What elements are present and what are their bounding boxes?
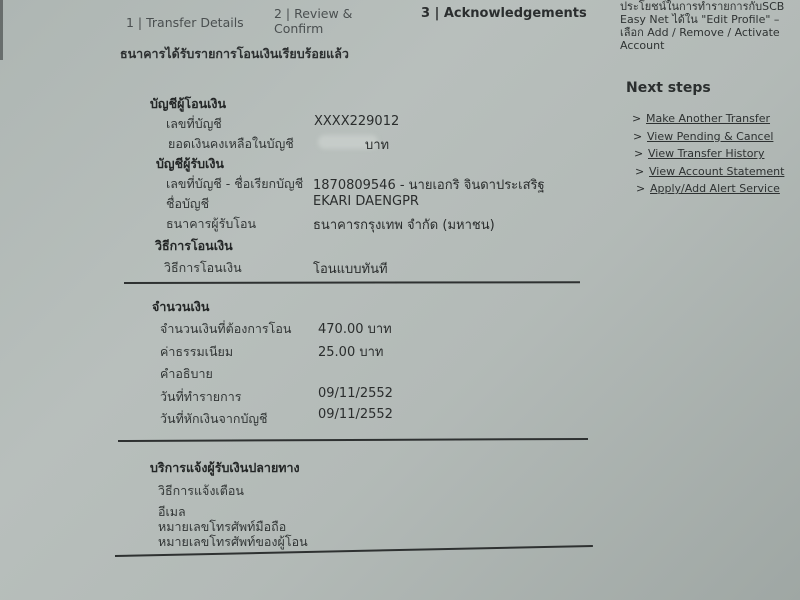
next-step-item: >View Pending & Cancel	[633, 130, 784, 148]
profile-note: ประโยชน์ในการทำรายการกับSCB Easy Net ได้…	[620, 0, 795, 52]
to-account-heading: บัญชีผู้รับเงิน	[156, 154, 224, 174]
divider	[118, 438, 588, 442]
chevron-right-icon: >	[635, 165, 649, 178]
to-account-value: 1870809546 - นายเอกริ จินดาประเสริฐ	[313, 174, 545, 195]
chevron-right-icon: >	[634, 147, 648, 160]
from-account-heading: บัญชีผู้โอนเงิน	[150, 94, 226, 114]
make-another-transfer-link[interactable]: Make Another Transfer	[646, 112, 770, 125]
fee-value: 25.00 บาท	[318, 341, 383, 362]
divider	[124, 281, 580, 284]
method-label: วิธีการโอนเงิน	[164, 258, 242, 278]
amount-heading: จำนวนเงิน	[152, 297, 209, 317]
notify-method-label: วิธีการแจ้งเตือน	[158, 481, 244, 501]
view-pending-cancel-link[interactable]: View Pending & Cancel	[647, 130, 773, 143]
method-value: โอนแบบทันที	[313, 258, 388, 279]
txn-date-value: 09/11/2552	[318, 386, 393, 401]
account-name-value: EKARI DAENGPR	[313, 194, 419, 209]
next-step-item: >Make Another Transfer	[632, 112, 784, 130]
balance-unit: บาท	[365, 134, 389, 155]
fee-label: ค่าธรรมเนียม	[160, 342, 233, 362]
next-step-item: >View Transfer History	[634, 147, 784, 165]
apply-alert-service-link[interactable]: Apply/Add Alert Service	[650, 182, 780, 195]
method-heading: วิธีการโอนเงิน	[155, 236, 233, 256]
account-name-label: ชื่อบัญชี	[166, 194, 209, 214]
sender-phone-label: หมายเลขโทรศัพท์ของผู้โอน	[158, 532, 308, 552]
step-review-confirm: 2 | Review & Confirm	[274, 6, 374, 36]
view-transfer-history-link[interactable]: View Transfer History	[648, 147, 764, 160]
view-account-statement-link[interactable]: View Account Statement	[649, 165, 784, 178]
from-account-no: XXXX229012	[314, 114, 399, 129]
txn-date-label: วันที่ทำรายการ	[160, 387, 241, 407]
step-transfer-details: 1 | Transfer Details	[126, 15, 244, 30]
amount-value: 470.00 บาท	[318, 318, 392, 339]
description-label: คำอธิบาย	[160, 364, 213, 384]
from-account-no-label: เลขที่บัญชี	[166, 114, 222, 134]
next-step-item: >View Account Statement	[635, 165, 784, 183]
receiving-bank-value: ธนาคารกรุงเทพ จำกัด (มหาชน)	[313, 214, 495, 235]
step-acknowledgements: 3 | Acknowledgements	[421, 6, 591, 21]
next-step-item: >Apply/Add Alert Service	[636, 182, 784, 200]
debit-date-value: 09/11/2552	[318, 407, 393, 422]
chevron-right-icon: >	[632, 112, 646, 125]
balance-label: ยอดเงินคงเหลือในบัญชี	[168, 134, 294, 154]
chevron-right-icon: >	[636, 182, 650, 195]
chevron-right-icon: >	[633, 130, 647, 143]
next-steps-title: Next steps	[626, 80, 711, 96]
page-edge-shadow	[0, 0, 3, 60]
receiving-bank-label: ธนาคารผู้รับโอน	[166, 214, 256, 234]
confirmation-message: ธนาคารได้รับรายการโอนเงินเรียบร้อยแล้ว	[120, 44, 349, 64]
amount-label: จำนวนเงินที่ต้องการโอน	[160, 319, 291, 339]
next-steps-list: >Make Another Transfer >View Pending & C…	[632, 112, 784, 200]
to-account-label: เลขที่บัญชี - ชื่อเรียกบัญชี	[166, 174, 303, 194]
debit-date-label: วันที่หักเงินจากบัญชี	[160, 409, 268, 429]
notify-heading: บริการแจ้งผู้รับเงินปลายทาง	[150, 458, 300, 478]
